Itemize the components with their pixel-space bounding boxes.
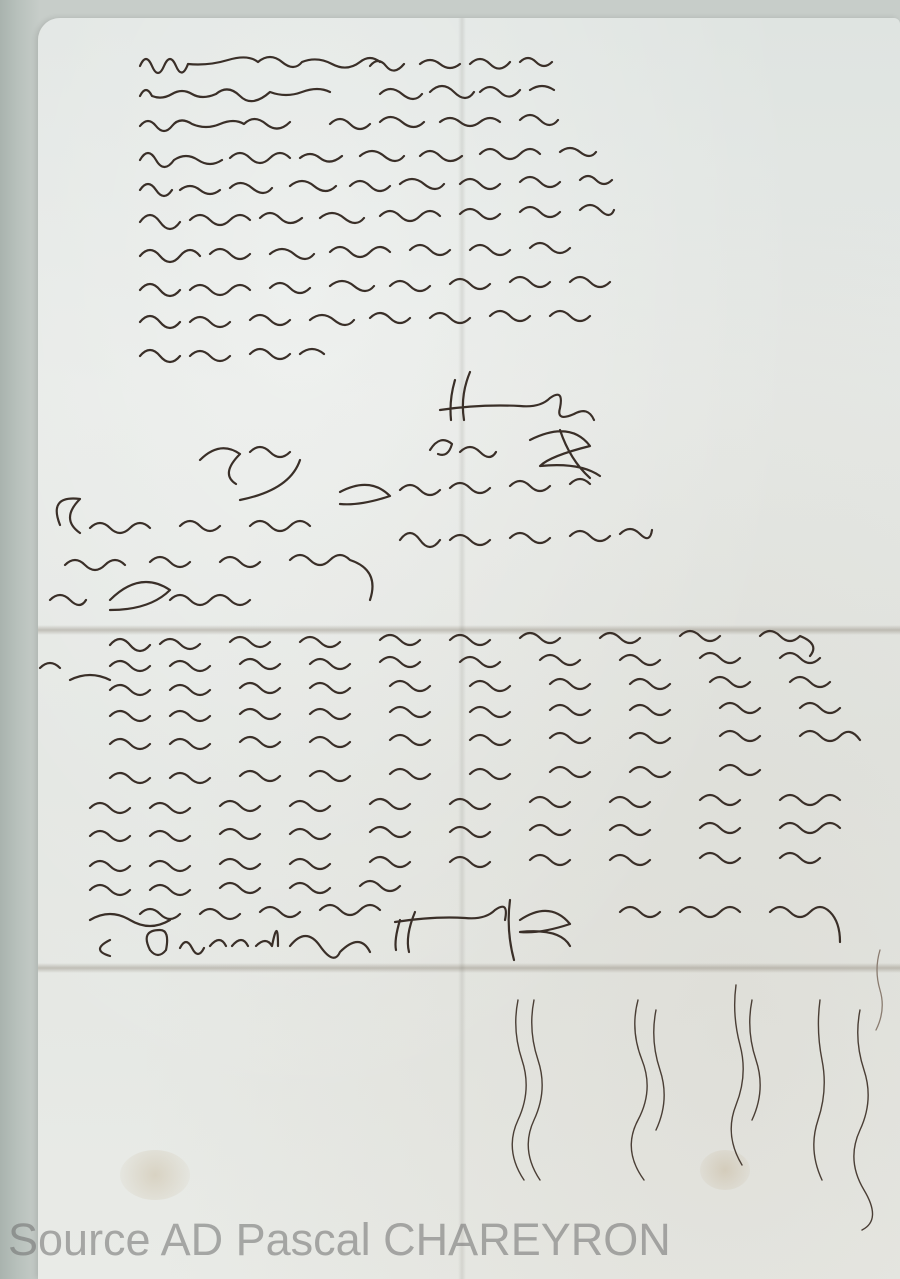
margin-note-left [50, 499, 373, 610]
endorsements-bottom [512, 950, 882, 1230]
signatures-top [200, 372, 652, 547]
signatures-middle [90, 900, 840, 960]
handwriting-ink [0, 0, 900, 1279]
watermark-text: Source AD Pascal CHAREYRON [8, 1214, 671, 1266]
main-text-middle [40, 631, 860, 895]
main-text-top [140, 57, 614, 362]
